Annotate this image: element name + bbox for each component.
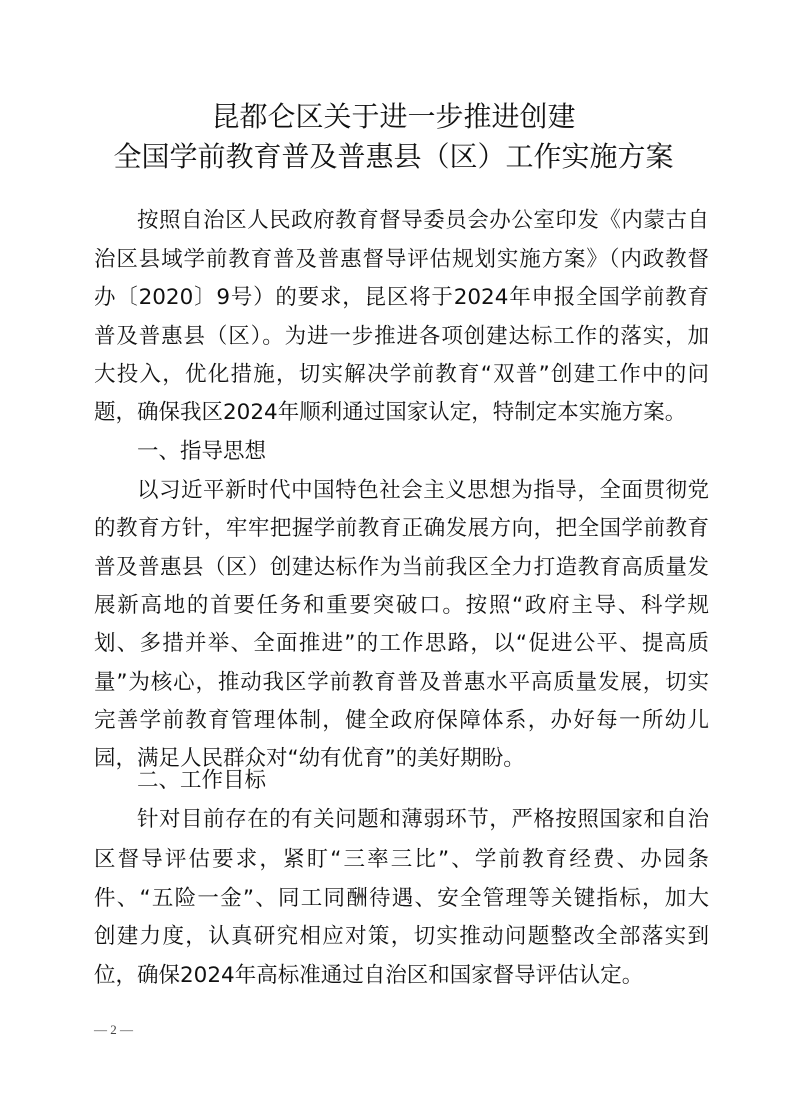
guiding-ideology-line: 的教育方针，牢牢把握学前教育正确发展方向，把全国学前教育 [94,514,709,544]
intro-paragraph-line: 按照自治区人民政府教育督导委员会办公室印发《内蒙古自 [94,206,709,236]
guiding-ideology-line: 划、多措并举、全面推进”的工作思路，以“促进公平、提高质 [94,629,709,659]
document-title-line-1: 昆都仑区关于进一步推进创建 [0,97,787,137]
intro-paragraph-line: 治区县域学前教育普及普惠督导评估规划实施方案》（内政教督 [94,245,709,275]
work-goals-line: 件、“五险一金”、同工同酬待遇、安全管理等关键指标，加大 [94,884,709,914]
document-page: 昆都仑区关于进一步推进创建 全国学前教育普及普惠县（区）工作实施方案 按照自治区… [0,0,787,1111]
intro-paragraph-line: 题，确保我区2024年顺利通过国家认定，特制定本实施方案。 [94,398,709,428]
guiding-ideology-line: 展新高地的首要任务和重要突破口。按照“政府主导、科学规 [94,591,709,621]
page-number: — 2 — [94,1022,133,1038]
section-heading-work-goals: 二、工作目标 [94,766,709,796]
intro-paragraph-line: 大投入，优化措施，切实解决学前教育“双普”创建工作中的问 [94,360,709,390]
guiding-ideology-line: 以习近平新时代中国特色社会主义思想为指导，全面贯彻党 [94,476,709,506]
document-title-line-2: 全国学前教育普及普惠县（区）工作实施方案 [0,137,787,177]
work-goals-line: 区督导评估要求，紧盯“三率三比”、学前教育经费、办园条 [94,845,709,875]
intro-paragraph-line: 普及普惠县（区）。为进一步推进各项创建达标工作的落实，加 [94,322,709,352]
guiding-ideology-line: 量”为核心，推动我区学前教育普及普惠水平高质量发展，切实 [94,668,709,698]
section-heading-guiding-ideology: 一、指导思想 [94,437,709,467]
work-goals-line: 位，确保2024年高标准通过自治区和国家督导评估认定。 [94,961,709,991]
intro-paragraph-line: 办〔2020〕9号）的要求，昆区将于2024年申报全国学前教育 [94,283,709,313]
guiding-ideology-line: 普及普惠县（区）创建达标作为当前我区全力打造教育高质量发 [94,553,709,583]
work-goals-line: 针对目前存在的有关问题和薄弱环节，严格按照国家和自治 [94,805,709,835]
work-goals-line: 创建力度，认真研究相应对策，切实推动问题整改全部落实到 [94,922,709,952]
guiding-ideology-line: 完善学前教育管理体制，健全政府保障体系，办好每一所幼儿 [94,706,709,736]
